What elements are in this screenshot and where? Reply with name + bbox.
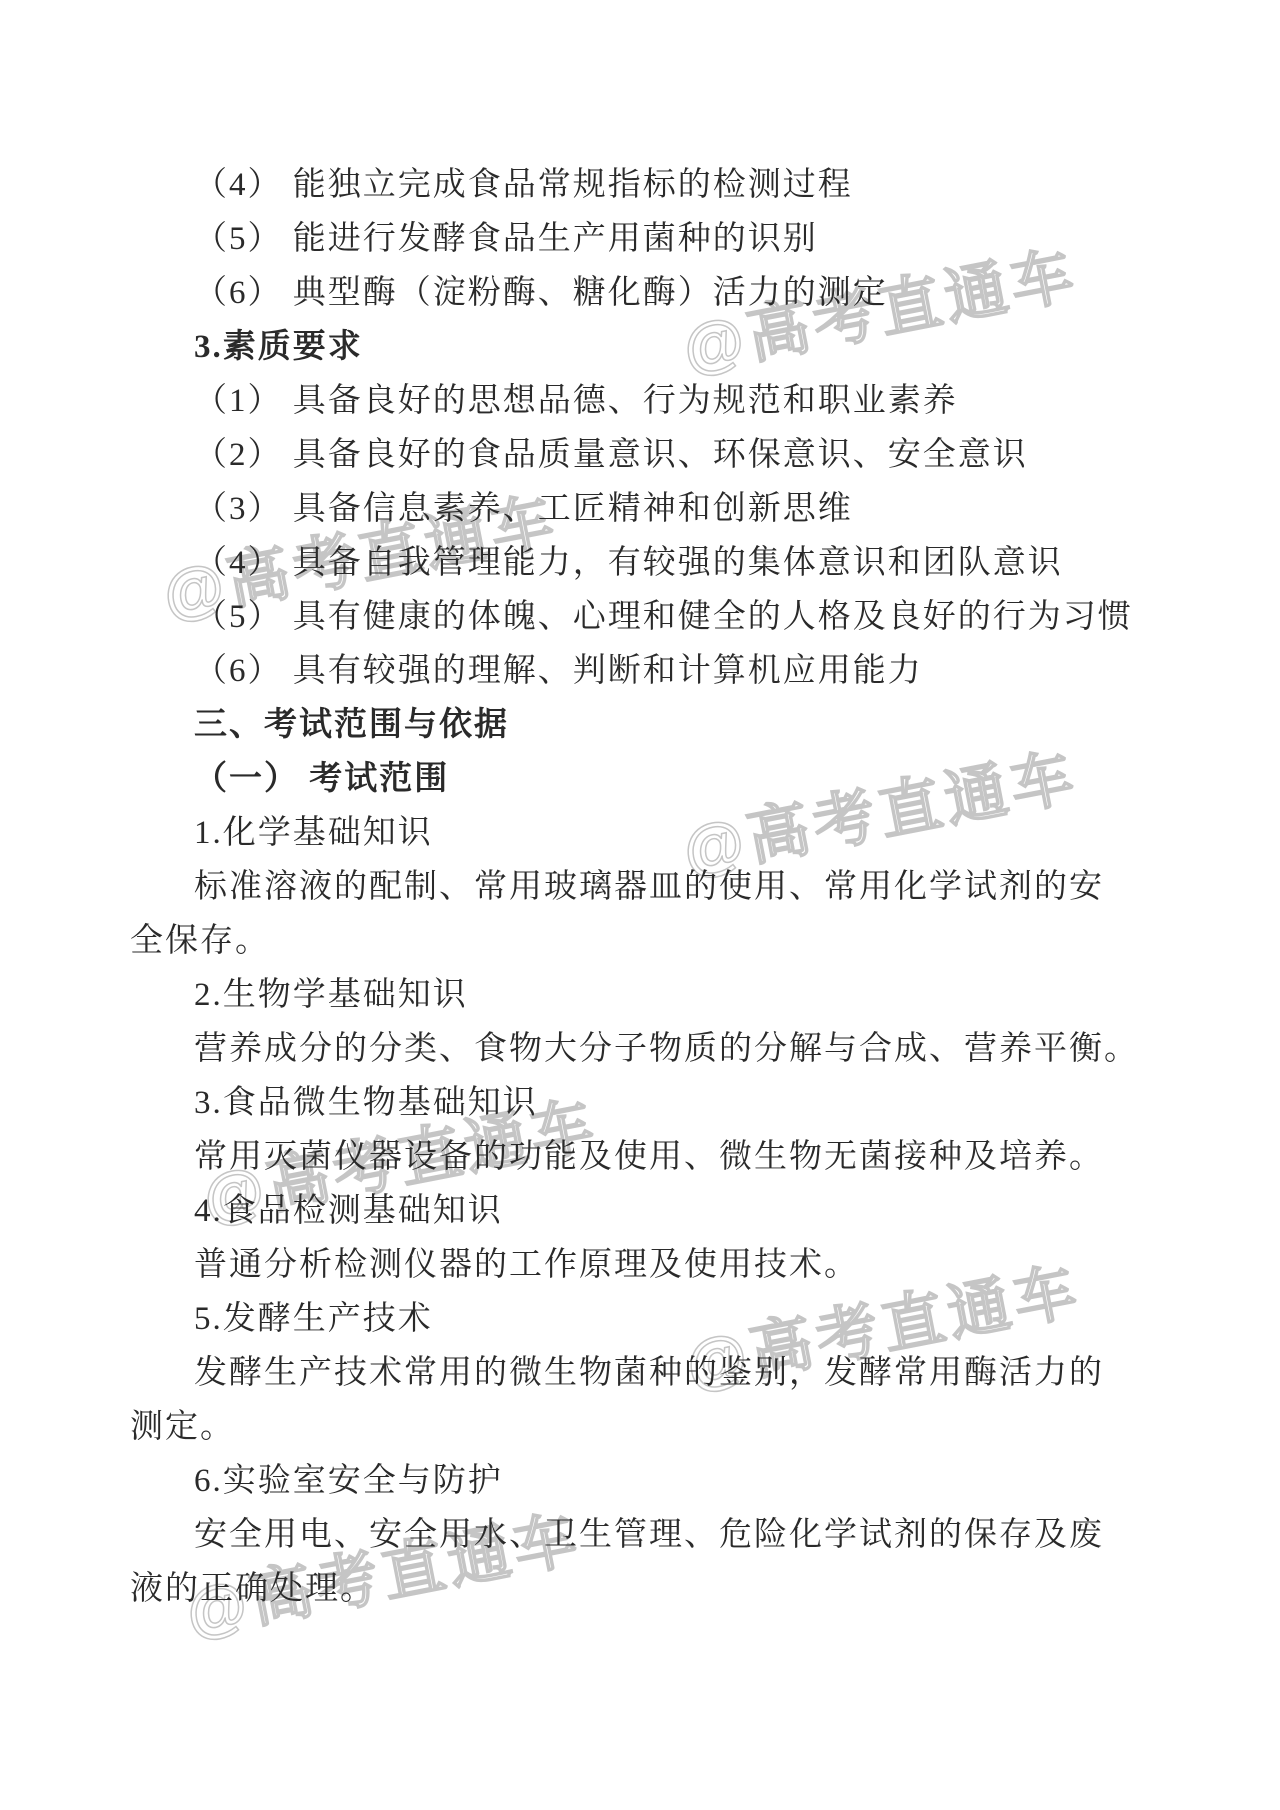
text-line: 全保存。	[130, 914, 1170, 968]
text-line: 5.发酵生产技术	[130, 1292, 1170, 1346]
text-line: 营养成分的分类、食物大分子物质的分解与合成、营养平衡。	[130, 1022, 1170, 1076]
text-line: （5） 具有健康的体魄、心理和健全的人格及良好的行为习惯	[130, 590, 1170, 644]
text-line: 测定。	[130, 1400, 1170, 1454]
text-line: 2.生物学基础知识	[130, 968, 1170, 1022]
text-line: （5） 能进行发酵食品生产用菌种的识别	[130, 212, 1170, 266]
text-line: 4.食品检测基础知识	[130, 1184, 1170, 1238]
text-line: 发酵生产技术常用的微生物菌种的鉴别，发酵常用酶活力的	[130, 1346, 1170, 1400]
text-line: 常用灭菌仪器设备的功能及使用、微生物无菌接种及培养。	[130, 1130, 1170, 1184]
text-line: 标准溶液的配制、常用玻璃器皿的使用、常用化学试剂的安	[130, 860, 1170, 914]
text-line: 三、考试范围与依据	[130, 698, 1170, 752]
text-line: （4） 能独立完成食品常规指标的检测过程	[130, 158, 1170, 212]
text-line: （一） 考试范围	[130, 752, 1170, 806]
text-line: （3） 具备信息素养、工匠精神和创新思维	[130, 482, 1170, 536]
text-line: 普通分析检测仪器的工作原理及使用技术。	[130, 1238, 1170, 1292]
text-line: 液的正确处理。	[130, 1562, 1170, 1616]
text-line: 1.化学基础知识	[130, 806, 1170, 860]
text-line: （6） 典型酶（淀粉酶、糖化酶）活力的测定	[130, 266, 1170, 320]
document-body: （4） 能独立完成食品常规指标的检测过程（5） 能进行发酵食品生产用菌种的识别（…	[130, 158, 1170, 1616]
text-line: 3.素质要求	[130, 320, 1170, 374]
text-line: 安全用电、安全用水、卫生管理、危险化学试剂的保存及废	[130, 1508, 1170, 1562]
text-line: （6） 具有较强的理解、判断和计算机应用能力	[130, 644, 1170, 698]
text-line: （2） 具备良好的食品质量意识、环保意识、安全意识	[130, 428, 1170, 482]
text-line: 3.食品微生物基础知识	[130, 1076, 1170, 1130]
document-page: @高考直通车@高考直通车@高考直通车@高考直通车@高考直通车@高考直通车 （4）…	[0, 0, 1280, 1810]
text-line: （4） 具备自我管理能力，有较强的集体意识和团队意识	[130, 536, 1170, 590]
text-line: 6.实验室安全与防护	[130, 1454, 1170, 1508]
text-line: （1） 具备良好的思想品德、行为规范和职业素养	[130, 374, 1170, 428]
